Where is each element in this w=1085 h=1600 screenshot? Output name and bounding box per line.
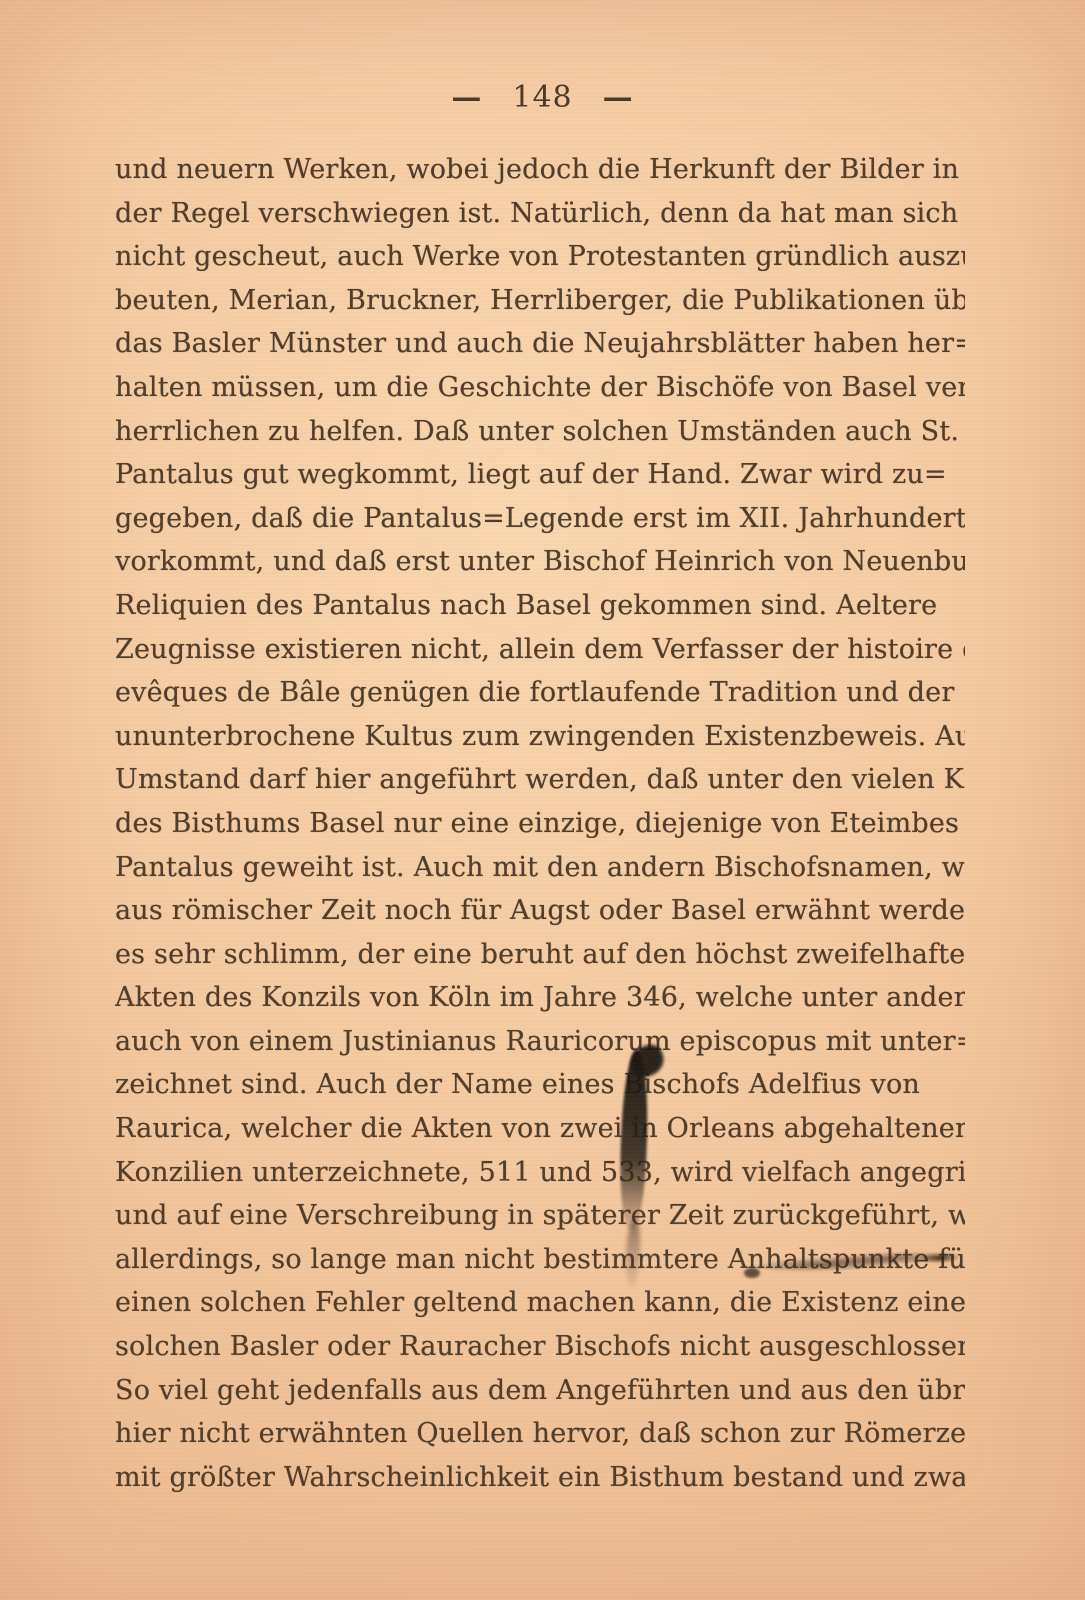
- ink-speck: [744, 1268, 760, 1278]
- text-line: Akten des Konzils von Köln im Jahre 346,…: [115, 976, 965, 1020]
- text-line: mit größter Wahrscheinlichkeit ein Bisth…: [115, 1456, 965, 1500]
- text-line: Konzilien unterzeichnete, 511 und 533, w…: [115, 1151, 965, 1195]
- text-line: auch von einem Justinianus Rauricorum ep…: [115, 1020, 965, 1064]
- text-line: hier nicht erwähnten Quellen hervor, daß…: [115, 1412, 965, 1456]
- text-line: Pantalus geweiht ist. Auch mit den ander…: [115, 846, 965, 890]
- text-line: So viel geht jedenfalls aus dem Angeführ…: [115, 1369, 965, 1413]
- text-line: solchen Basler oder Rauracher Bischofs n…: [115, 1325, 965, 1369]
- text-line: der Regel verschwiegen ist. Natürlich, d…: [115, 192, 965, 236]
- text-line: und neuern Werken, wobei jedoch die Herk…: [115, 148, 965, 192]
- text-line: es sehr schlimm, der eine beruht auf den…: [115, 933, 965, 977]
- text-line: vorkommt, und daß erst unter Bischof Hei…: [115, 540, 965, 584]
- header-dash-right: —: [603, 80, 634, 115]
- page-header: —148—: [0, 80, 1085, 115]
- page-number: 148: [512, 80, 572, 115]
- text-line: Reliquien des Pantalus nach Basel gekomm…: [115, 584, 965, 628]
- text-line: Pantalus gut wegkommt, liegt auf der Han…: [115, 453, 965, 497]
- text-line: aus römischer Zeit noch für Augst oder B…: [115, 889, 965, 933]
- text-line: zeichnet sind. Auch der Name eines Bisch…: [115, 1063, 965, 1107]
- text-line: halten müssen, um die Geschichte der Bis…: [115, 366, 965, 410]
- text-line: nicht gescheut, auch Werke von Protestan…: [115, 235, 965, 279]
- page-body: und neuern Werken, wobei jedoch die Herk…: [115, 148, 965, 1499]
- text-line: evêques de Bâle genügen die fortlaufende…: [115, 671, 965, 715]
- text-line: einen solchen Fehler geltend machen kann…: [115, 1281, 965, 1325]
- text-line: Raurica, welcher die Akten von zwei in O…: [115, 1107, 965, 1151]
- text-line: Umstand darf hier angeführt werden, daß …: [115, 758, 965, 802]
- text-line: gegeben, daß die Pantalus=Legende erst i…: [115, 497, 965, 541]
- text-line: beuten, Merian, Bruckner, Herrliberger, …: [115, 279, 965, 323]
- text-line: ununterbrochene Kultus zum zwingenden Ex…: [115, 715, 965, 759]
- text-line: herrlichen zu helfen. Daß unter solchen …: [115, 410, 965, 454]
- book-page-scan: —148— und neuern Werken, wobei jedoch di…: [0, 0, 1085, 1600]
- text-line: Zeugnisse existieren nicht, allein dem V…: [115, 628, 965, 672]
- header-dash-left: —: [451, 80, 482, 115]
- text-line: und auf eine Verschreibung in späterer Z…: [115, 1194, 965, 1238]
- text-line: des Bisthums Basel nur eine einzige, die…: [115, 802, 965, 846]
- text-line: das Basler Münster und auch die Neujahrs…: [115, 322, 965, 366]
